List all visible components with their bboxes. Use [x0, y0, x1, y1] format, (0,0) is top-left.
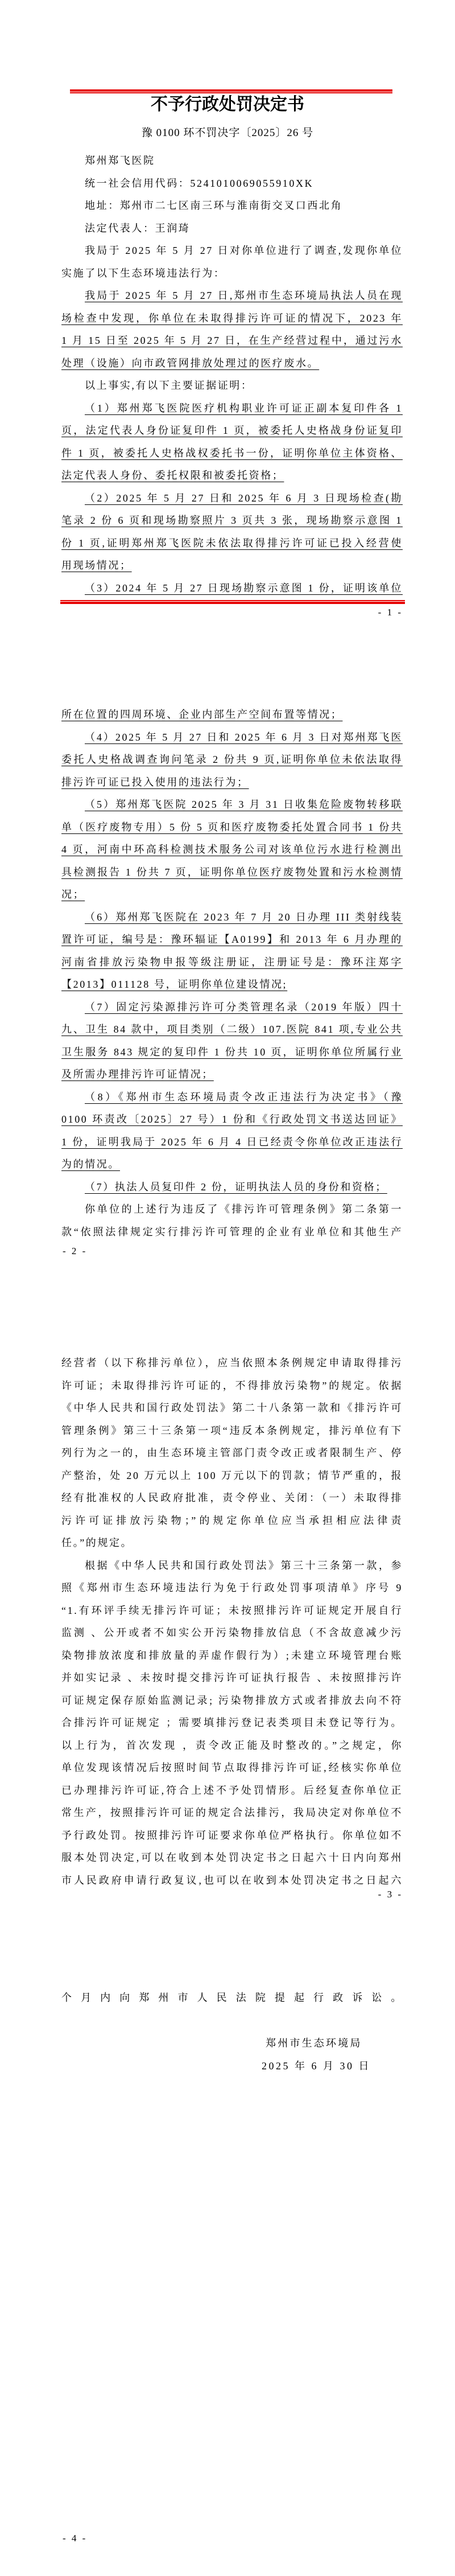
text: 已办理排污许可证,符合上述不予处罚情形。后经复查你单位正: [61, 1785, 403, 1796]
text: 我局于 2025 年 5 月 27 日对你单位进行了调查,发现你单位: [85, 245, 403, 256]
text-line: （6）郑州郑飞医院在 2023 年 7 月 20 日办理 III 类射线装: [61, 906, 403, 929]
text: 郑州郑飞医院: [85, 155, 155, 166]
text: 染物排放浓度和排放量的弄虚作假行为）;未建立环境管理台账: [61, 1650, 403, 1661]
rule-thick-line: [60, 602, 405, 604]
text: 可证规定保存原始监测记录; 污染物排放方式或者排放去向不符: [61, 1695, 403, 1706]
text-line: 置许可证，编号是：豫环辐证【A0199】和 2013 年 6 月办理的: [61, 928, 403, 951]
page-3-body: 经营者（以下称排污单位），应当依照本条例规定申请取得排污许可证；未取得排污许可证…: [61, 1352, 403, 1892]
text-line: 为的情况。: [61, 1153, 403, 1176]
text: 产整治，处 20 万元以上 100 万元以下的罚款；情节严重的，报: [61, 1470, 403, 1481]
text-line: 《中华人民共和国行政处罚法》第二十八条第一款和《排污许可: [61, 1397, 403, 1420]
text-line: 所在位置的四周环境、企业内部生产空间布置等情况；: [61, 704, 403, 726]
text: 监测 、公开或者不如实公开污染物排放信息（不含故意减少污: [61, 1627, 403, 1638]
text-line: 统一社会信用代码：5241010069055910XK: [61, 172, 403, 195]
page-number-3: - 3 -: [378, 1889, 403, 1900]
underlined-text: （3）2024 年 5 月 27 日现场勘察示意图 1 份，证明该单位: [85, 582, 403, 594]
text-line: 许可证；未取得排污许可证的，不得排放污染物”的规定。依据: [61, 1375, 403, 1398]
text-line: 笔录 2 份 6 页和现场勘察照片 3 页共 3 张，现场勘察示意图 1: [61, 510, 403, 532]
page-1-body: 郑州郑飞医院统一社会信用代码：5241010069055910XK地址：郑州市二…: [61, 150, 403, 599]
text-line: 地址：郑州市二七区南三环与淮南街交叉口西北角: [61, 195, 403, 217]
text-line: （4）2025 年 5 月 27 日和 2025 年 6 月 3 日对郑州郑飞医…: [61, 726, 403, 749]
text-line: （8）《郑州市生态环境局责令改正违法行为决定书》（豫: [61, 1086, 403, 1109]
text-line: 处理（设施）向市政管网排放处理过的医疗废水。: [61, 352, 403, 375]
page-number-2: - 2 -: [63, 1246, 87, 1257]
underlined-text: （1）郑州郑飞医院医疗机构职业许可证正副本复印件各 1: [85, 402, 403, 414]
page-4-body: 个月内向郑州市人民法院提起行政诉讼。: [61, 1987, 403, 2010]
underlined-text: 1 份，证明我局于 2025 年 6 月 4 日已经责令你单位改正违法行: [61, 1136, 403, 1148]
text-line: 我局于 2025 年 5 月 27 日对你单位进行了调查,发现你单位: [61, 240, 403, 262]
text-line: “1.有环评手续无排污许可证；未按照排污许可证规定开展自行: [61, 1600, 403, 1622]
text: 个月内向郑州市人民法院提起行政诉讼。: [61, 1992, 403, 2003]
text-line: 列行为之一的，由生态环境主管部门责令改正或者限制生产、停: [61, 1442, 403, 1465]
text-line: 你单位的上述行为违反了《排污许可管理条例》第二条第一: [61, 1198, 403, 1221]
page-number-4: - 4 -: [63, 2533, 87, 2544]
underlined-text: 法定代表人身份、委托权限和被委托资格；: [61, 470, 284, 481]
text-line: 份 1 页,证明郑州郑飞医院未依法取得排污许可证已投入经营使: [61, 532, 403, 555]
underlined-text: 置许可证，编号是：豫环辐证【A0199】和 2013 年 6 月办理的: [61, 934, 403, 945]
text-line: 用现场情况；: [61, 554, 403, 577]
text-line: 污许可证排放污染物；”的规定你单位应当承担相应法律责: [61, 1510, 403, 1533]
text: 经营者（以下称排污单位），应当依照本条例规定申请取得排污: [61, 1357, 403, 1369]
text-line: 根据《中华人民共和国行政处罚法》第三十三条第一款，参: [61, 1555, 403, 1577]
text: 你单位的上述行为违反了《排污许可管理条例》第二条第一: [85, 1203, 403, 1215]
underlined-text: 份 1 页,证明郑州郑飞医院未依法取得排污许可证已投入经营使: [61, 537, 403, 549]
text-line: 染物排放浓度和排放量的弄虚作假行为）;未建立环境管理台账: [61, 1645, 403, 1667]
underlined-text: （7）执法人员复印件 2 份，证明执法人员的身份和资格；: [85, 1181, 387, 1193]
text-line: 监测 、公开或者不如实公开污染物排放信息（不含故意减少污: [61, 1622, 403, 1645]
underlined-text: （7）固定污染源排污许可分类管理名录（2019 年版）四十: [85, 1001, 403, 1013]
text: 统一社会信用代码：5241010069055910XK: [85, 178, 313, 189]
text-line: 1 月 15 日至 2025 年 5 月 27 日，在生产经营过程中，通过污水: [61, 330, 403, 352]
text-line: 并如实记录 、未按时提交排污许可证执行报告 、未按照排污许: [61, 1667, 403, 1690]
text-line: 法定代表人：王润琦: [61, 217, 403, 240]
underlined-text: 为的情况。: [61, 1158, 120, 1170]
text-line: 经有批准权的人民政府批准，责令停业、关闭：（一）未取得排: [61, 1487, 403, 1510]
page-2-body: 所在位置的四周环境、企业内部生产空间布置等情况；（4）2025 年 5 月 27…: [61, 704, 403, 1243]
text-line: （3）2024 年 5 月 27 日现场勘察示意图 1 份，证明该单位: [61, 577, 403, 600]
text-line: 4 页，河南中环高科检测技术服务公司对该单位污水进行检测出: [61, 839, 403, 861]
text-line: 产整治，处 20 万元以上 100 万元以下的罚款；情节严重的，报: [61, 1465, 403, 1488]
page-number-1: - 1 -: [378, 607, 403, 618]
text-line: 【2013】011128 号，证明你单位建设情况;: [61, 973, 403, 996]
text-line: 1 份，证明我局于 2025 年 6 月 4 日已经责令你单位改正违法行: [61, 1131, 403, 1154]
text-line: 任。”的规定。: [61, 1532, 403, 1555]
text-line: 况；: [61, 884, 403, 906]
document-canvas: 不予行政处罚决定书 豫 0100 环不罚决字〔2025〕26 号 郑州郑飞医院统…: [0, 0, 455, 2576]
underlined-text: （8）《郑州市生态环境局责令改正违法行为决定书》（豫: [85, 1091, 403, 1103]
text: 《中华人民共和国行政处罚法》第二十八条第一款和《排污许可: [61, 1402, 403, 1414]
text-line: （7）固定污染源排污许可分类管理名录（2019 年版）四十: [61, 996, 403, 1019]
text: 予行政处罚。按照排污许可证要求你单位严格执行。你单位如不: [61, 1830, 403, 1841]
text: 管理条例》第三十三条第一项“违反本条例规定，排污单位有下: [61, 1425, 403, 1436]
text-line: 场检查中发现，你单位在未取得排污许可证的情况下，2023 年: [61, 307, 403, 330]
underlined-text: 4 页，河南中环高科检测技术服务公司对该单位污水进行检测出: [61, 844, 403, 855]
text-line: （7）执法人员复印件 2 份，证明执法人员的身份和资格；: [61, 1176, 403, 1199]
text: 任。”的规定。: [61, 1537, 133, 1548]
issuer-signature: 郑州市生态环境局: [266, 2036, 362, 2050]
underlined-text: 笔录 2 份 6 页和现场勘察照片 3 页共 3 张，现场勘察示意图 1: [61, 515, 403, 526]
text-line: 页，法定代表人身份证复印件 1 页，被委托人史格战身份证复印: [61, 420, 403, 442]
document-title: 不予行政处罚决定书: [0, 95, 455, 115]
text-line: 经营者（以下称排污单位），应当依照本条例规定申请取得排污: [61, 1352, 403, 1375]
text-line: 我局于 2025 年 5 月 27 日,郑州市生态环境局执法人员在现: [61, 285, 403, 307]
text: 合排污许可证规定 ；需要填排污登记表类项目未登记等行为。: [61, 1717, 403, 1728]
underlined-text: 所在位置的四周环境、企业内部生产空间布置等情况；: [61, 709, 342, 720]
text-line: 单（医疗废物专用）5 份 5 页和医疗废物委托处置合同书 1 份共: [61, 816, 403, 839]
underlined-text: 委托人史格战调查询问笔录 2 份共 9 页,证明你单位未依法取得: [61, 754, 403, 765]
underlined-text: 我局于 2025 年 5 月 27 日,郑州市生态环境局执法人员在现: [85, 290, 403, 301]
text: 常生产，按照排污许可证的规定合法排污，我局决定对你单位不: [61, 1807, 403, 1818]
text: 以上行为，首次发现 ，责令改正能及时整改的。”之规定，你: [61, 1740, 403, 1751]
text-line: 以上行为，首次发现 ，责令改正能及时整改的。”之规定，你: [61, 1735, 403, 1757]
text-line: 服本处罚决定,可以在收到本处罚决定书之日起六十日内向郑州: [61, 1847, 403, 1870]
text-line: 河南省排放污染物申报等级注册证，注册证号是：豫环注郑字: [61, 951, 403, 974]
text: 单位发现该情况后按照时间节点取得排污许可证,经核实你单位: [61, 1762, 403, 1773]
text-line: （5）郑州郑飞医院 2025 年 3 月 31 日收集危险废物转移联: [61, 794, 403, 816]
underlined-text: （4）2025 年 5 月 27 日和 2025 年 6 月 3 日对郑州郑飞医…: [61, 732, 403, 749]
text: 法定代表人：王润琦: [85, 223, 190, 234]
underlined-text: 件 1 页，被委托人史格战权委托书一份，证明你单位主体资格、: [61, 447, 403, 459]
underlined-text: 卫生服务 843 规定的复印件 1 份共 10 页，证明你单位所属行业: [61, 1046, 403, 1058]
text-line: 卫生服务 843 规定的复印件 1 份共 10 页，证明你单位所属行业: [61, 1041, 403, 1064]
text: 许可证；未取得排污许可证的，不得排放污染物”的规定。依据: [61, 1380, 403, 1391]
text-line: 单位发现该情况后按照时间节点取得排污许可证,经核实你单位: [61, 1757, 403, 1780]
text: 市人民政府申请行政复议,也可以在收到本处罚决定书之日起六: [61, 1875, 403, 1886]
text: 款“依照法律规定实行排污许可管理的企业有业单位和其他生产: [61, 1226, 403, 1238]
underlined-text: 具检测报告 1 份共 7 页，证明你单位医疗废物处置和污水检测情: [61, 866, 403, 878]
text: 根据《中华人民共和国行政处罚法》第三十三条第一款，参: [85, 1560, 403, 1571]
text-line: （2）2025 年 5 月 27 日和 2025 年 6 月 3 日现场检查(勘…: [61, 487, 403, 510]
text-line: 可证规定保存原始监测记录; 污染物排放方式或者排放去向不符: [61, 1690, 403, 1712]
text-line: 合排污许可证规定 ；需要填排污登记表类项目未登记等行为。: [61, 1712, 403, 1735]
text-line: 已办理排污许可证,符合上述不予处罚情形。后经复查你单位正: [61, 1780, 403, 1802]
text-line: 款“依照法律规定实行排污许可管理的企业有业单位和其他生产: [61, 1221, 403, 1244]
text: 污许可证排放污染物；”的规定你单位应当承担相应法律责: [61, 1515, 403, 1526]
text: 经有批准权的人民政府批准，责令停业、关闭：（一）未取得排: [61, 1492, 403, 1503]
text-line: 市人民政府申请行政复议,也可以在收到本处罚决定书之日起六: [61, 1870, 403, 1892]
text-line: 九、卫生 84 款中，项目类别（二级）107.医院 841 项,专业公共: [61, 1018, 403, 1041]
underlined-text: 0100 环责改〔2025〕27 号）1 份和《行政处罚文书送达回证》: [61, 1114, 403, 1125]
underlined-text: （5）郑州郑飞医院 2025 年 3 月 31 日收集危险废物转移联: [85, 799, 403, 810]
underlined-text: 九、卫生 84 款中，项目类别（二级）107.医院 841 项,专业公共: [61, 1024, 403, 1035]
text-line: 以上事实,有以下主要证据证明：: [61, 375, 403, 397]
red-letterhead-rule: [70, 89, 392, 93]
text-line: 法定代表人身份、委托权限和被委托资格；: [61, 465, 403, 487]
text: 地址：郑州市二七区南三环与淮南街交叉口西北角: [85, 200, 342, 211]
text-line: 及所需办理排污许可证情况；: [61, 1063, 403, 1086]
underlined-text: 页，法定代表人身份证复印件 1 页，被委托人史格战身份证复印: [61, 425, 403, 436]
text: 服本处罚决定,可以在收到本处罚决定书之日起六十日内向郑州: [61, 1852, 403, 1863]
text-line: （1）郑州郑飞医院医疗机构职业许可证正副本复印件各 1: [61, 397, 403, 420]
issue-date: 2025 年 6 月 30 日: [262, 2059, 371, 2073]
text: 以上事实,有以下主要证据证明：: [85, 380, 253, 391]
underlined-text: 排污许可证已投入使用的违法行为；: [61, 777, 249, 788]
text: 实施了以下生态环境违法行为：: [61, 268, 225, 279]
text: 列行为之一的，由生态环境主管部门责令改正或者限制生产、停: [61, 1447, 403, 1458]
text-line: 实施了以下生态环境违法行为：: [61, 262, 403, 285]
text-line: 委托人史格战调查询问笔录 2 份共 9 页,证明你单位未依法取得: [61, 749, 403, 771]
red-footer-rule: [60, 600, 405, 604]
rule-thin-line: [70, 92, 392, 93]
text: 并如实记录 、未按时提交排污许可证执行报告 、未按照排污许: [61, 1672, 403, 1683]
text-line: 常生产，按照排污许可证的规定合法排污，我局决定对你单位不: [61, 1802, 403, 1825]
document-number: 豫 0100 环不罚决字〔2025〕26 号: [0, 126, 455, 141]
text-line: 排污许可证已投入使用的违法行为；: [61, 771, 403, 794]
text-line: 0100 环责改〔2025〕27 号）1 份和《行政处罚文书送达回证》: [61, 1108, 403, 1131]
underlined-text: 处理（设施）向市政管网排放处理过的医疗废水。: [61, 358, 319, 369]
text-line: 具检测报告 1 份共 7 页，证明你单位医疗废物处置和污水检测情: [61, 861, 403, 884]
text-line: 件 1 页，被委托人史格战权委托书一份，证明你单位主体资格、: [61, 442, 403, 465]
underlined-text: 用现场情况；: [61, 560, 132, 571]
underlined-text: 及所需办理排污许可证情况；: [61, 1069, 214, 1080]
text: “1.有环评手续无排污许可证；未按照排污许可证规定开展自行: [61, 1605, 403, 1616]
underlined-text: （2）2025 年 5 月 27 日和 2025 年 6 月 3 日现场检查(勘…: [61, 492, 403, 510]
underlined-text: 单（医疗废物专用）5 份 5 页和医疗废物委托处置合同书 1 份共: [61, 821, 403, 833]
underlined-text: 场检查中发现，你单位在未取得排污许可证的情况下，2023 年: [61, 313, 403, 324]
underlined-text: 河南省排放污染物申报等级注册证，注册证号是：豫环注郑字: [61, 956, 403, 968]
text-line: 管理条例》第三十三条第一项“违反本条例规定，排污单位有下: [61, 1420, 403, 1443]
underlined-text: 1 月 15 日至 2025 年 5 月 27 日，在生产经营过程中，通过污水: [61, 335, 403, 346]
underlined-text: 【2013】011128 号，证明你单位建设情况;: [61, 979, 287, 990]
text-line: 个月内向郑州市人民法院提起行政诉讼。: [61, 1987, 403, 2010]
underlined-text: 况；: [61, 889, 85, 900]
underlined-text: （6）郑州郑飞医院在 2023 年 7 月 20 日办理 III 类射线装: [85, 911, 403, 923]
text-line: 予行政处罚。按照排污许可证要求你单位严格执行。你单位如不: [61, 1825, 403, 1847]
text-line: 郑州郑飞医院: [61, 150, 403, 172]
text-line: 照《郑州市生态环境违法行为免于行政处罚事项清单》序号 9: [61, 1577, 403, 1600]
text: 照《郑州市生态环境违法行为免于行政处罚事项清单》序号 9: [61, 1582, 403, 1593]
